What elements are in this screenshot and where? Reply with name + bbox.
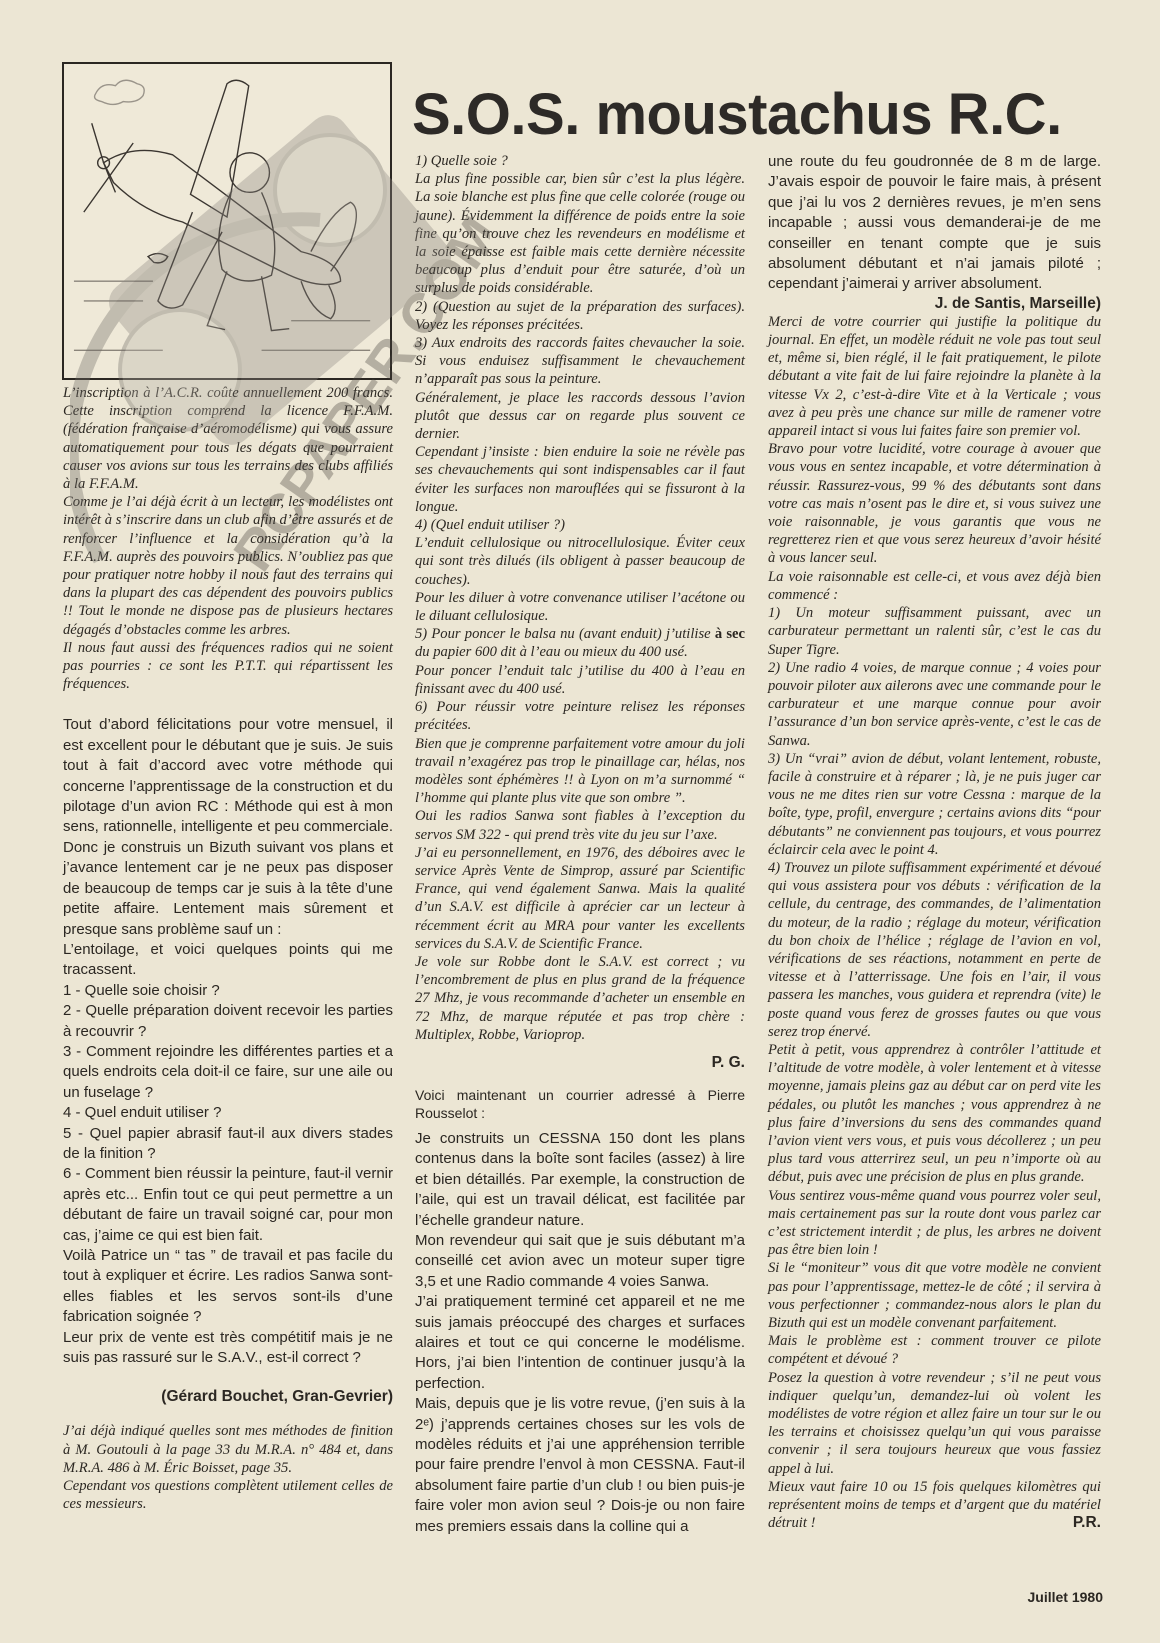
letter-paragraph: une route du feu goudronnée de 8 m de la… — [768, 152, 1101, 295]
sanding-paragraph: 5) Pour poncer le balsa nu (avant enduit… — [415, 625, 745, 661]
sanding-suffix: du papier 600 dit à l’eau ou mieux du 40… — [415, 644, 688, 660]
reply-paragraph: 2) (Question au sujet de la préparation … — [415, 298, 745, 334]
question-item: 3 - Comment rejoindre les différentes pa… — [63, 1042, 393, 1103]
reply-paragraph: La voie raisonnable est celle-ci, et vou… — [768, 568, 1101, 604]
reply-paragraph: Cependant vos questions complètent utile… — [63, 1477, 393, 1513]
reply-paragraph: 3) Aux endroits des raccords faites chev… — [415, 334, 745, 389]
reply-paragraph: 1) Un moteur suffisamment puissant, avec… — [768, 604, 1101, 659]
letter-paragraph: Je construits un CESSNA 150 dont les pla… — [415, 1129, 745, 1231]
reply-paragraph: La plus fine possible car, bien sûr c’es… — [415, 170, 745, 297]
reply-paragraph: 3) Un “vrai” avion de début, volant lent… — [768, 750, 1101, 859]
letter-signature: (Gérard Bouchet, Gran-Gevrier) — [63, 1388, 393, 1406]
reply-paragraph: Oui les radios Sanwa sont fiables à l’ex… — [415, 807, 745, 843]
intro-paragraph: Il nous faut aussi des fréquences radios… — [63, 639, 393, 694]
reply-paragraph: Vous sentirez vous-même quand vous pourr… — [768, 1187, 1101, 1260]
article-title: S.O.S. moustachus R.C. — [412, 80, 1112, 150]
reply-paragraph: Bravo pour votre lucidité, votre courage… — [768, 440, 1101, 567]
question-item: 6 - Comment bien réussir la peinture, fa… — [63, 1164, 393, 1246]
question-item: 2 - Quelle préparation doivent recevoir … — [63, 1001, 393, 1042]
letter-paragraph: Tout d’abord félicitations pour votre me… — [63, 715, 393, 939]
reply-paragraph: Si le “moniteur” vous dit que votre modè… — [768, 1259, 1101, 1332]
middle-column: 1) Quelle soie ? La plus fine possible c… — [415, 152, 745, 1537]
cartoon-illustration — [62, 62, 392, 380]
letter-paragraph: Mon revendeur qui sait que je suis début… — [415, 1231, 745, 1292]
letter-paragraph: Mais, depuis que je lis votre revue, (j’… — [415, 1394, 745, 1537]
reply-paragraph: 2) Une radio 4 voies, de marque connue ;… — [768, 659, 1101, 750]
reply-paragraph: Cependant j’insiste : bien enduire la so… — [415, 443, 745, 516]
intro-paragraph: L’inscription à l’A.C.R. coûte annuellem… — [63, 384, 393, 493]
letter-paragraph: Leur prix de vente est très compétitif m… — [63, 1328, 393, 1369]
reply-paragraph: Merci de votre courrier qui justifie la … — [768, 313, 1101, 440]
sanding-emphasis: à sec — [715, 626, 745, 642]
reply-paragraph: L’enduit cellulosique ou nitrocellulosiq… — [415, 534, 745, 589]
sanding-prefix: 5) Pour poncer le balsa nu (avant enduit… — [415, 626, 711, 642]
letter-paragraph: L’entoilage, et voici quelques points qu… — [63, 940, 393, 981]
reply-signature: P.R. — [768, 1514, 1101, 1532]
reply-paragraph: Petit à petit, vous apprendrez à contrôl… — [768, 1041, 1101, 1187]
reply-paragraph: 6) Pour réussir votre peinture relisez l… — [415, 698, 745, 734]
reply-paragraph: J’ai eu personnellement, en 1976, des dé… — [415, 844, 745, 953]
reply-paragraph: Je vole sur Robbe dont le S.A.V. est cor… — [415, 953, 745, 1044]
reply-paragraph: J’ai déjà indiqué quelles sont mes métho… — [63, 1422, 393, 1477]
question-item: 1 - Quelle soie choisir ? — [63, 981, 393, 1001]
question-item: 5 - Quel papier abrasif faut-il aux dive… — [63, 1124, 393, 1165]
second-letter-intro: Voici maintenant un courrier adressé à P… — [415, 1086, 745, 1123]
reply-paragraph: 1) Quelle soie ? — [415, 152, 745, 170]
issue-date: Juillet 1980 — [1028, 1589, 1104, 1605]
reply-paragraph: 4) Trouvez un pilote suffisamment expéri… — [768, 859, 1101, 1041]
reply-paragraph: Pour poncer l’enduit talc j’utilise du 4… — [415, 662, 745, 698]
reply-paragraph: Mais le problème est : comment trouver c… — [768, 1332, 1101, 1368]
airplane-cartoon-icon — [64, 64, 390, 378]
letter-signature: J. de Santis, Marseille) — [768, 295, 1101, 313]
reply-signature: P. G. — [415, 1054, 745, 1072]
magazine-page: S.O.S. moustachus R.C. L’inscription à l… — [0, 0, 1160, 1643]
reply-paragraph: Généralement, je place les raccords dess… — [415, 389, 745, 444]
reply-paragraph: Posez la question à votre revendeur ; s’… — [768, 1369, 1101, 1478]
reply-paragraph: Bien que je comprenne parfaitement votre… — [415, 735, 745, 808]
question-item: 4 - Quel enduit utiliser ? — [63, 1103, 393, 1123]
letter-paragraph: J’ai pratiquement terminé cet appareil e… — [415, 1292, 745, 1394]
reply-paragraph: 4) (Quel enduit utiliser ?) — [415, 516, 745, 534]
intro-paragraph: Comme je l’ai déjà écrit à un lecteur, l… — [63, 493, 393, 639]
letter-paragraph: Voilà Patrice un “ tas ” de travail et p… — [63, 1246, 393, 1328]
left-column: L’inscription à l’A.C.R. coûte annuellem… — [63, 384, 393, 1513]
reply-paragraph: Pour les diluer à votre convenance utili… — [415, 589, 745, 625]
right-column: une route du feu goudronnée de 8 m de la… — [768, 152, 1101, 1532]
